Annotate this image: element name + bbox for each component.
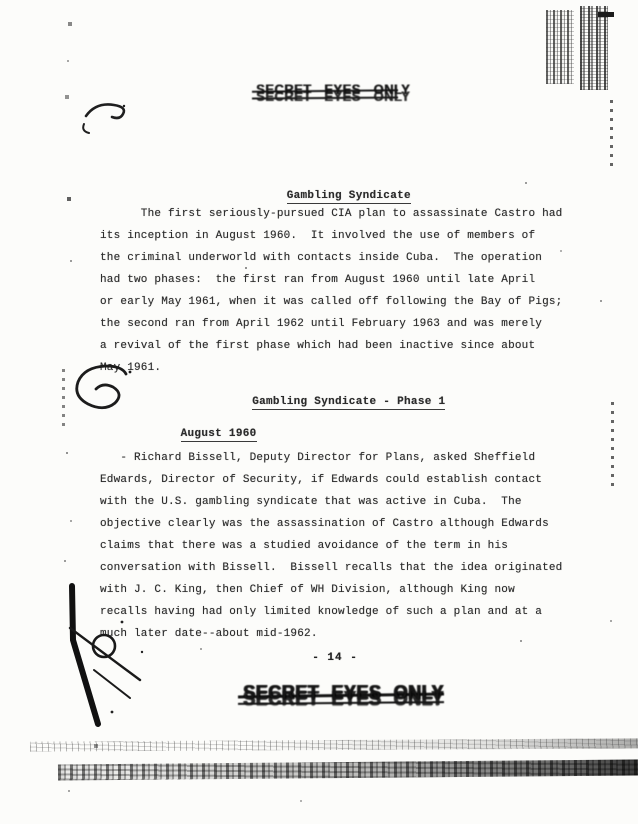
classification-stamp-bottom: SECRET EYES ONLY SECRET EYES ONLY xyxy=(243,682,439,714)
paragraph-2: - Richard Bissell, Deputy Director for P… xyxy=(100,447,582,645)
text-line: or early May 1961, when it was called of… xyxy=(100,291,582,313)
text-line: May 1961. xyxy=(100,357,582,379)
scanned-document-page: SECRET EYES ONLY SECRET EYES ONLY Gambli… xyxy=(0,0,638,824)
text-line: Edwards, Director of Security, if Edward… xyxy=(100,469,582,491)
text-line: its inception in August 1960. It involve… xyxy=(100,225,582,247)
scan-noise-block xyxy=(580,6,608,90)
text-line: objective clearly was the assassination … xyxy=(100,513,582,535)
text-line: The first seriously-pursued CIA plan to … xyxy=(100,203,582,225)
text-line: claims that there was a studied avoidanc… xyxy=(100,535,582,557)
classification-stamp-top: SECRET EYES ONLY SECRET EYES ONLY xyxy=(256,82,396,108)
section-heading: Gambling Syndicate - Phase 1 xyxy=(100,384,570,420)
text-line: a revival of the first phase which had b… xyxy=(100,335,582,357)
text-line: had two phases: the first ran from Augus… xyxy=(100,269,582,291)
stamp-text: SECRET EYES ONLY xyxy=(243,682,444,705)
paragraph-1: The first seriously-pursued CIA plan to … xyxy=(100,203,582,379)
scan-noise-block xyxy=(546,10,574,84)
text-line: the criminal underworld with contacts in… xyxy=(100,247,582,269)
text-line: with J. C. King, then Chief of WH Divisi… xyxy=(100,579,582,601)
marginalia-marks xyxy=(62,364,65,426)
text-line: much later date--about mid-1962. xyxy=(100,623,582,645)
pen-scribble-artifact xyxy=(80,94,136,136)
page-number: - 14 - xyxy=(100,652,570,664)
scan-noise-dash xyxy=(598,12,614,17)
stamp-text: SECRET EYES ONLY xyxy=(256,82,410,97)
scan-noise-strip xyxy=(610,98,613,166)
text-line: with the U.S. gambling syndicate that wa… xyxy=(100,491,582,513)
page-corner-annotation-artifact xyxy=(52,582,164,736)
text-line: conversation with Bissell. Bissell recal… xyxy=(100,557,582,579)
scan-noise-strip xyxy=(611,396,614,486)
text-line: recalls having had only limited knowledg… xyxy=(100,601,582,623)
text-line: the second ran from April 1962 until Feb… xyxy=(100,313,582,335)
scan-noise-band-light xyxy=(30,738,638,751)
scan-noise-band-dark xyxy=(58,759,638,780)
scan-specks xyxy=(0,0,2,2)
text-line: - Richard Bissell, Deputy Director for P… xyxy=(100,447,582,469)
